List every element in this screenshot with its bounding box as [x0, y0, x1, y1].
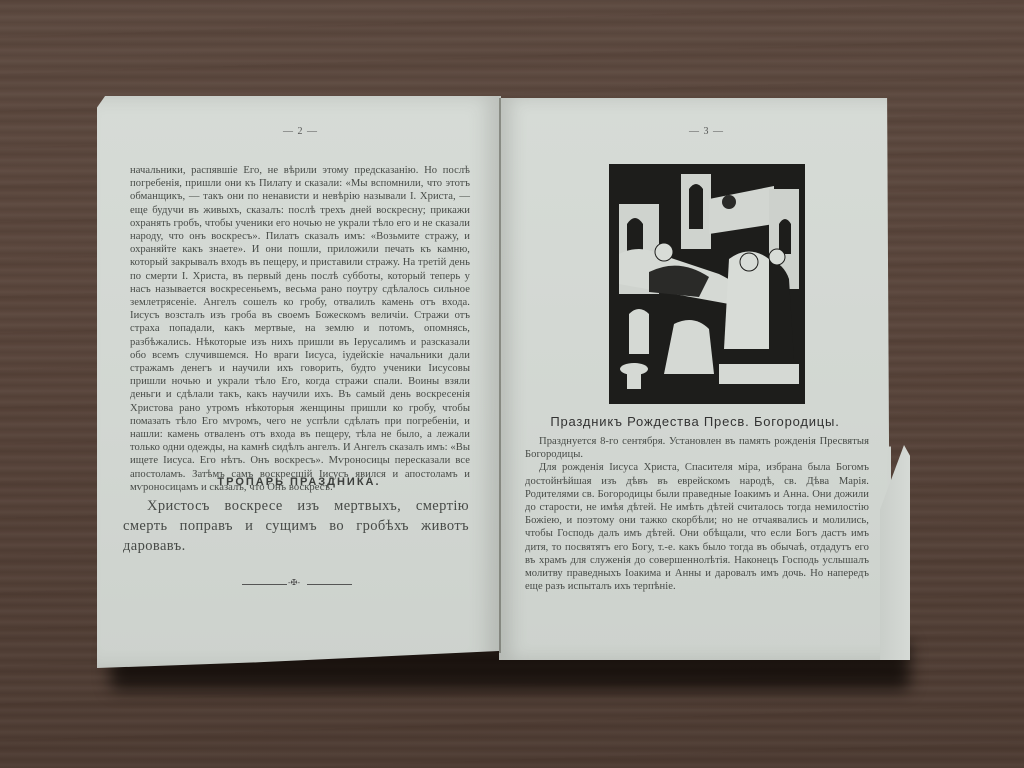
book-spine-gutter [499, 98, 501, 653]
page-number-right: — 3 — [689, 126, 724, 137]
right-page: — 3 — [499, 98, 891, 660]
right-page-body: Празднуется 8-го сентября. Установлен въ… [525, 435, 869, 593]
section-title: Праздникъ Рождества Пресв. Богородицы. [499, 414, 891, 429]
body-paragraph: Для рожденія Іисуса Христа, Спасителя мі… [525, 461, 869, 593]
ornament-line-right [307, 584, 352, 585]
left-page: — 2 — начальники, распявшіе Его, не вѣри… [97, 96, 501, 668]
troparion-title: ТРОПАРЬ ПРАЗДНИКА. [97, 476, 501, 488]
page-number-left: — 2 — [283, 126, 318, 137]
body-paragraph: начальники, распявшіе Его, не вѣрили это… [130, 164, 470, 494]
body-paragraph: Празднуется 8-го сентября. Установлен въ… [525, 435, 869, 461]
ornament-icon: -✠- [288, 578, 300, 587]
left-page-body: начальники, распявшіе Его, не вѣрили это… [130, 164, 470, 494]
icon-engraving [609, 164, 805, 404]
ornament-line-left [242, 584, 287, 585]
troparion-text: Христосъ воскресе изъ мертвыхъ, смертію … [123, 496, 469, 556]
